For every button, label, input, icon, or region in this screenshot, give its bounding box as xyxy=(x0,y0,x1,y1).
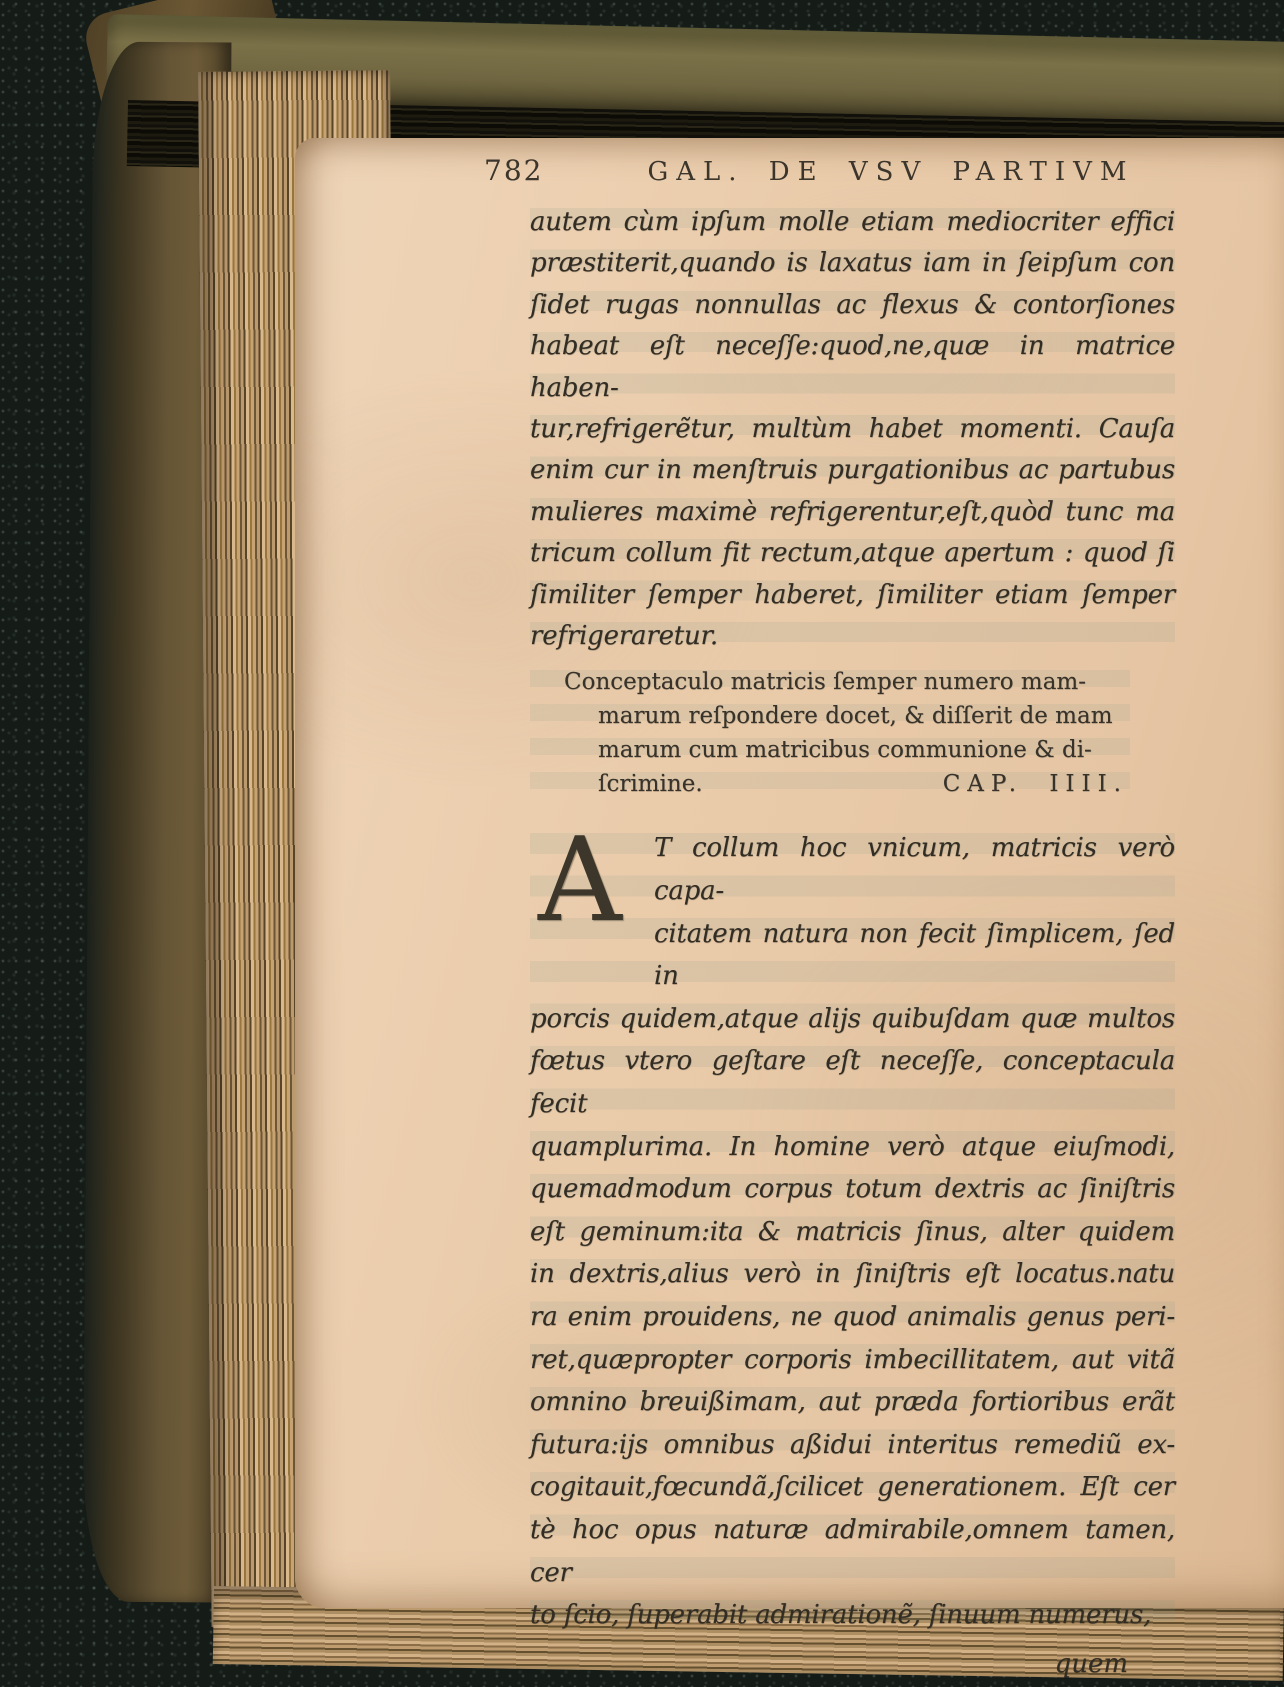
text-line: marum reſpondere docet, & diſſerit de ma… xyxy=(530,699,1130,733)
text-line: eſt geminum:ita & matricis ſinus, alter … xyxy=(530,1211,1175,1254)
text-line: præstiterit,quando is laxatus iam in ſei… xyxy=(530,243,1175,284)
summary-last-words: ſcrimine. xyxy=(598,767,703,801)
text-line: to ſcio, ſuperabit admirationẽ, ſinuum n… xyxy=(530,1594,1175,1637)
text-line: fœtus vtero geſtare eſt neceſſe, concept… xyxy=(530,1040,1175,1125)
text-line: ret,quæpropter corporis imbecillitatem, … xyxy=(530,1339,1175,1382)
text-line: futura:ijs omnibus aßidui interitus reme… xyxy=(530,1424,1175,1467)
page-text: 782 GAL. DE VSV PARTIVM autem cùm ipſum … xyxy=(480,154,1170,1679)
text-line: refrigeraretur. xyxy=(530,616,1175,657)
catchword: quem xyxy=(480,1649,1128,1679)
text-line: autem cùm ipſum molle etiam mediocriter … xyxy=(530,202,1175,243)
drop-cap-letter: A xyxy=(538,835,622,927)
text-line: ſidet rugas nonnullas ac flexus & contor… xyxy=(530,285,1175,326)
text-line: quamplurima. In homine verò atque eiuſmo… xyxy=(530,1126,1175,1169)
summary-last-row: ſcrimine. CAP. IIII. xyxy=(530,767,1130,801)
chapter-paragraph: A T collum hoc vnicum, matricis verò cap… xyxy=(530,827,1175,1636)
text-line: T collum hoc vnicum, matricis verò capa- xyxy=(530,827,1175,912)
text-line: in dextris,alius verò in ſiniſtris eſt l… xyxy=(530,1253,1175,1296)
running-title: GAL. DE VSV PARTIVM xyxy=(612,155,1170,189)
text-line: habeat eſt neceſſe:quod,ne,quæ in matric… xyxy=(530,326,1175,409)
opening-paragraph: autem cùm ipſum molle etiam mediocriter … xyxy=(530,202,1175,657)
chapter-summary: Conceptaculo matricis ſemper numero mam-… xyxy=(530,665,1130,801)
text-line: Conceptaculo matricis ſemper numero mam- xyxy=(530,665,1130,699)
book-photo: 782 GAL. DE VSV PARTIVM autem cùm ipſum … xyxy=(0,0,1284,1687)
text-line: tricum collum fit rectum,atque apertum :… xyxy=(530,533,1175,574)
text-line: ſimiliter ſemper haberet, ſimiliter etia… xyxy=(530,575,1175,616)
page-number: 782 xyxy=(480,154,612,188)
text-line: marum cum matricibus communione & di- xyxy=(530,733,1130,767)
chapter-heading: CAP. IIII. xyxy=(943,767,1130,801)
page-header: 782 GAL. DE VSV PARTIVM xyxy=(480,154,1170,189)
text-line: tè hoc opus naturæ admirabile,omnem tame… xyxy=(530,1509,1175,1594)
text-line: quemadmodum corpus totum dextris ac ſini… xyxy=(530,1168,1175,1211)
text-line: tur,refrigerẽtur, multùm habet momenti. … xyxy=(530,409,1175,450)
book-page: 782 GAL. DE VSV PARTIVM autem cùm ipſum … xyxy=(295,138,1284,1608)
text-line: enim cur in menſtruis purgationibus ac p… xyxy=(530,450,1175,491)
text-line: ra enim prouidens, ne quod animalis genu… xyxy=(530,1296,1175,1339)
text-line: porcis quidem,atque alijs quibuſdam quæ … xyxy=(530,998,1175,1041)
text-line: cogitauit,fœcundã,ſcilicet generationem.… xyxy=(530,1466,1175,1509)
text-line: citatem natura non fecit ſimplicem, ſed … xyxy=(530,913,1175,998)
text-line: mulieres maximè refrigerentur,eſt,quòd t… xyxy=(530,492,1175,533)
text-line: omnino breuißimam, aut præda fortioribus… xyxy=(530,1381,1175,1424)
